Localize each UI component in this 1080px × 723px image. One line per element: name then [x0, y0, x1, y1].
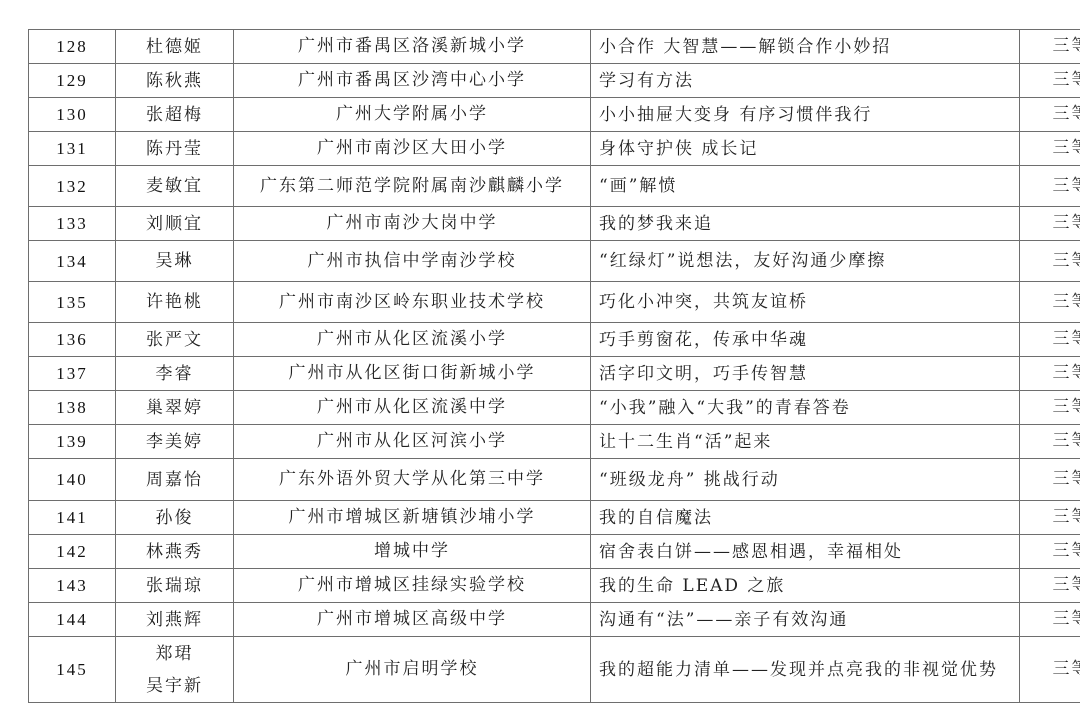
cell-school: 广州市南沙大岗中学: [234, 207, 591, 241]
cell-number: 131: [29, 132, 116, 166]
name-list: 孙俊: [124, 502, 225, 534]
person-name: 陈丹莹: [124, 133, 225, 165]
title-text: “小我”融入“大我”的青春答卷: [599, 392, 1011, 424]
table-row: 134 吴琳 广州市执信中学南沙学校 “红绿灯”说想法，友好沟通少摩擦 三等奖: [29, 241, 1080, 282]
title-text: 宿舍表白饼——感恩相遇，幸福相处: [599, 536, 1011, 568]
person-name: 李睿: [124, 358, 225, 390]
cell-award: 三等奖: [1020, 241, 1080, 282]
table-row: 140 周嘉怡 广东外语外贸大学从化第三中学 “班级龙舟” 挑战行动 三等奖: [29, 459, 1080, 501]
table-row: 136 张严文 广州市从化区流溪小学 巧手剪窗花，传承中华魂 三等奖: [29, 323, 1080, 357]
cell-name: 刘燕辉: [116, 603, 234, 637]
cell-school: 广州市从化区街口街新城小学: [234, 357, 591, 391]
title-text: 让十二生肖“活”起来: [599, 426, 1011, 458]
cell-title: 巧手剪窗花，传承中华魂: [591, 323, 1020, 357]
person-name: 巢翠婷: [124, 392, 225, 424]
cell-school: 广州市增城区新塘镇沙埔小学: [234, 501, 591, 535]
name-list: 林燕秀: [124, 536, 225, 568]
cell-school: 广州市南沙区岭东职业技术学校: [234, 282, 591, 323]
table-row: 138 巢翠婷 广州市从化区流溪中学 “小我”融入“大我”的青春答卷 三等奖: [29, 391, 1080, 425]
cell-title: 身体守护侠 成长记: [591, 132, 1020, 166]
person-name: 张严文: [124, 324, 225, 356]
cell-number: 135: [29, 282, 116, 323]
table-row: 133 刘顺宜 广州市南沙大岗中学 我的梦我来追 三等奖: [29, 207, 1080, 241]
table-row: 143 张瑞琼 广州市增城区挂绿实验学校 我的生命 LEAD 之旅 三等奖: [29, 569, 1080, 603]
cell-award: 三等奖: [1020, 98, 1080, 132]
title-text: “红绿灯”说想法，友好沟通少摩擦: [599, 245, 1011, 277]
cell-number: 137: [29, 357, 116, 391]
name-list: 麦敏宜: [124, 170, 225, 202]
name-list: 李美婷: [124, 426, 225, 458]
cell-number: 132: [29, 166, 116, 207]
cell-name: 陈秋燕: [116, 64, 234, 98]
table-row: 130 张超梅 广州大学附属小学 小小抽屉大变身 有序习惯伴我行 三等奖: [29, 98, 1080, 132]
person-name: 郑珺: [124, 638, 225, 670]
cell-name: 林燕秀: [116, 535, 234, 569]
cell-name: 麦敏宜: [116, 166, 234, 207]
title-text: 我的自信魔法: [599, 502, 1011, 534]
cell-name: 陈丹莹: [116, 132, 234, 166]
cell-name: 李睿: [116, 357, 234, 391]
name-list: 刘顺宜: [124, 208, 225, 240]
cell-school: 广州市从化区河滨小学: [234, 425, 591, 459]
name-list: 郑珺吴宇新: [124, 638, 225, 702]
cell-award: 三等奖: [1020, 391, 1080, 425]
cell-number: 141: [29, 501, 116, 535]
cell-award: 三等奖: [1020, 425, 1080, 459]
cell-title: “画”解愤: [591, 166, 1020, 207]
person-name: 李美婷: [124, 426, 225, 458]
cell-school: 广东外语外贸大学从化第三中学: [234, 459, 591, 501]
cell-school: 广州市南沙区大田小学: [234, 132, 591, 166]
name-list: 周嘉怡: [124, 464, 225, 496]
cell-number: 143: [29, 569, 116, 603]
name-list: 张瑞琼: [124, 570, 225, 602]
cell-award: 三等奖: [1020, 282, 1080, 323]
cell-school: 广州市增城区挂绿实验学校: [234, 569, 591, 603]
name-list: 许艳桃: [124, 286, 225, 318]
table-row: 132 麦敏宜 广东第二师范学院附属南沙麒麟小学 “画”解愤 三等奖: [29, 166, 1080, 207]
table-row: 141 孙俊 广州市增城区新塘镇沙埔小学 我的自信魔法 三等奖: [29, 501, 1080, 535]
cell-school: 广州市启明学校: [234, 637, 591, 703]
title-text: 巧手剪窗花，传承中华魂: [599, 324, 1011, 356]
title-text: 身体守护侠 成长记: [599, 133, 1011, 165]
cell-award: 三等奖: [1020, 357, 1080, 391]
title-text: 沟通有“法”——亲子有效沟通: [599, 604, 1011, 636]
person-name: 张超梅: [124, 99, 225, 131]
table-row: 135 许艳桃 广州市南沙区岭东职业技术学校 巧化小冲突，共筑友谊桥 三等奖: [29, 282, 1080, 323]
cell-title: “班级龙舟” 挑战行动: [591, 459, 1020, 501]
title-text: 巧化小冲突，共筑友谊桥: [599, 286, 1011, 318]
cell-name: 巢翠婷: [116, 391, 234, 425]
person-name: 林燕秀: [124, 536, 225, 568]
name-list: 吴琳: [124, 245, 225, 277]
title-text: 小小抽屉大变身 有序习惯伴我行: [599, 99, 1011, 131]
table-row: 131 陈丹莹 广州市南沙区大田小学 身体守护侠 成长记 三等奖: [29, 132, 1080, 166]
name-list: 李睿: [124, 358, 225, 390]
cell-award: 三等奖: [1020, 323, 1080, 357]
cell-name: 杜德姬: [116, 30, 234, 64]
table-row: 145 郑珺吴宇新 广州市启明学校 我的超能力清单——发现并点亮我的非视觉优势 …: [29, 637, 1080, 703]
cell-award: 三等奖: [1020, 535, 1080, 569]
cell-number: 128: [29, 30, 116, 64]
cell-title: 小合作 大智慧——解锁合作小妙招: [591, 30, 1020, 64]
cell-award: 三等奖: [1020, 501, 1080, 535]
cell-award: 三等奖: [1020, 166, 1080, 207]
cell-name: 周嘉怡: [116, 459, 234, 501]
cell-number: 139: [29, 425, 116, 459]
cell-number: 134: [29, 241, 116, 282]
table-row: 139 李美婷 广州市从化区河滨小学 让十二生肖“活”起来 三等奖: [29, 425, 1080, 459]
title-text: “班级龙舟” 挑战行动: [599, 464, 1011, 496]
cell-award: 三等奖: [1020, 64, 1080, 98]
cell-title: 学习有方法: [591, 64, 1020, 98]
cell-name: 张瑞琼: [116, 569, 234, 603]
cell-number: 136: [29, 323, 116, 357]
cell-school: 广州大学附属小学: [234, 98, 591, 132]
table-row: 128 杜德姬 广州市番禺区洛溪新城小学 小合作 大智慧——解锁合作小妙招 三等…: [29, 30, 1080, 64]
title-text: 小合作 大智慧——解锁合作小妙招: [599, 31, 1011, 63]
cell-name: 许艳桃: [116, 282, 234, 323]
person-name: 麦敏宜: [124, 170, 225, 202]
cell-title: 活字印文明，巧手传智慧: [591, 357, 1020, 391]
cell-title: 让十二生肖“活”起来: [591, 425, 1020, 459]
name-list: 巢翠婷: [124, 392, 225, 424]
cell-name: 孙俊: [116, 501, 234, 535]
name-list: 杜德姬: [124, 31, 225, 63]
cell-name: 张严文: [116, 323, 234, 357]
awards-table-body: 128 杜德姬 广州市番禺区洛溪新城小学 小合作 大智慧——解锁合作小妙招 三等…: [29, 30, 1080, 703]
title-text: 学习有方法: [599, 65, 1011, 97]
cell-school: 广州市从化区流溪小学: [234, 323, 591, 357]
cell-title: 我的超能力清单——发现并点亮我的非视觉优势: [591, 637, 1020, 703]
cell-school: 广州市从化区流溪中学: [234, 391, 591, 425]
cell-title: 小小抽屉大变身 有序习惯伴我行: [591, 98, 1020, 132]
cell-number: 144: [29, 603, 116, 637]
cell-name: 刘顺宜: [116, 207, 234, 241]
name-list: 陈丹莹: [124, 133, 225, 165]
cell-award: 三等奖: [1020, 459, 1080, 501]
cell-number: 138: [29, 391, 116, 425]
person-name: 杜德姬: [124, 31, 225, 63]
name-list: 张严文: [124, 324, 225, 356]
cell-award: 三等奖: [1020, 30, 1080, 64]
cell-title: 我的自信魔法: [591, 501, 1020, 535]
title-text: 我的梦我来追: [599, 208, 1011, 240]
cell-school: 广东第二师范学院附属南沙麒麟小学: [234, 166, 591, 207]
person-name: 周嘉怡: [124, 464, 225, 496]
cell-name: 郑珺吴宇新: [116, 637, 234, 703]
cell-number: 145: [29, 637, 116, 703]
cell-name: 李美婷: [116, 425, 234, 459]
cell-title: “小我”融入“大我”的青春答卷: [591, 391, 1020, 425]
cell-title: 宿舍表白饼——感恩相遇，幸福相处: [591, 535, 1020, 569]
person-name: 吴宇新: [124, 670, 225, 702]
person-name: 张瑞琼: [124, 570, 225, 602]
cell-award: 三等奖: [1020, 569, 1080, 603]
table-row: 142 林燕秀 增城中学 宿舍表白饼——感恩相遇，幸福相处 三等奖: [29, 535, 1080, 569]
awards-table: 128 杜德姬 广州市番禺区洛溪新城小学 小合作 大智慧——解锁合作小妙招 三等…: [28, 29, 1080, 703]
table-row: 144 刘燕辉 广州市增城区高级中学 沟通有“法”——亲子有效沟通 三等奖: [29, 603, 1080, 637]
person-name: 陈秋燕: [124, 65, 225, 97]
person-name: 孙俊: [124, 502, 225, 534]
cell-award: 三等奖: [1020, 207, 1080, 241]
cell-school: 广州市番禺区洛溪新城小学: [234, 30, 591, 64]
person-name: 吴琳: [124, 245, 225, 277]
cell-title: “红绿灯”说想法，友好沟通少摩擦: [591, 241, 1020, 282]
cell-school: 增城中学: [234, 535, 591, 569]
title-text: “画”解愤: [599, 170, 1011, 202]
name-list: 陈秋燕: [124, 65, 225, 97]
cell-school: 广州市增城区高级中学: [234, 603, 591, 637]
cell-award: 三等奖: [1020, 603, 1080, 637]
cell-number: 133: [29, 207, 116, 241]
cell-school: 广州市番禺区沙湾中心小学: [234, 64, 591, 98]
title-text: 我的超能力清单——发现并点亮我的非视觉优势: [599, 654, 1011, 686]
person-name: 许艳桃: [124, 286, 225, 318]
cell-number: 142: [29, 535, 116, 569]
cell-title: 我的生命 LEAD 之旅: [591, 569, 1020, 603]
cell-title: 沟通有“法”——亲子有效沟通: [591, 603, 1020, 637]
cell-title: 巧化小冲突，共筑友谊桥: [591, 282, 1020, 323]
cell-title: 我的梦我来追: [591, 207, 1020, 241]
title-text: 活字印文明，巧手传智慧: [599, 358, 1011, 390]
cell-number: 130: [29, 98, 116, 132]
table-row: 129 陈秋燕 广州市番禺区沙湾中心小学 学习有方法 三等奖: [29, 64, 1080, 98]
cell-name: 吴琳: [116, 241, 234, 282]
title-text: 我的生命 LEAD 之旅: [599, 570, 1011, 602]
cell-number: 140: [29, 459, 116, 501]
cell-award: 三等奖: [1020, 637, 1080, 703]
cell-school: 广州市执信中学南沙学校: [234, 241, 591, 282]
table-row: 137 李睿 广州市从化区街口街新城小学 活字印文明，巧手传智慧 三等奖: [29, 357, 1080, 391]
person-name: 刘顺宜: [124, 208, 225, 240]
cell-name: 张超梅: [116, 98, 234, 132]
name-list: 刘燕辉: [124, 604, 225, 636]
cell-award: 三等奖: [1020, 132, 1080, 166]
cell-number: 129: [29, 64, 116, 98]
person-name: 刘燕辉: [124, 604, 225, 636]
name-list: 张超梅: [124, 99, 225, 131]
